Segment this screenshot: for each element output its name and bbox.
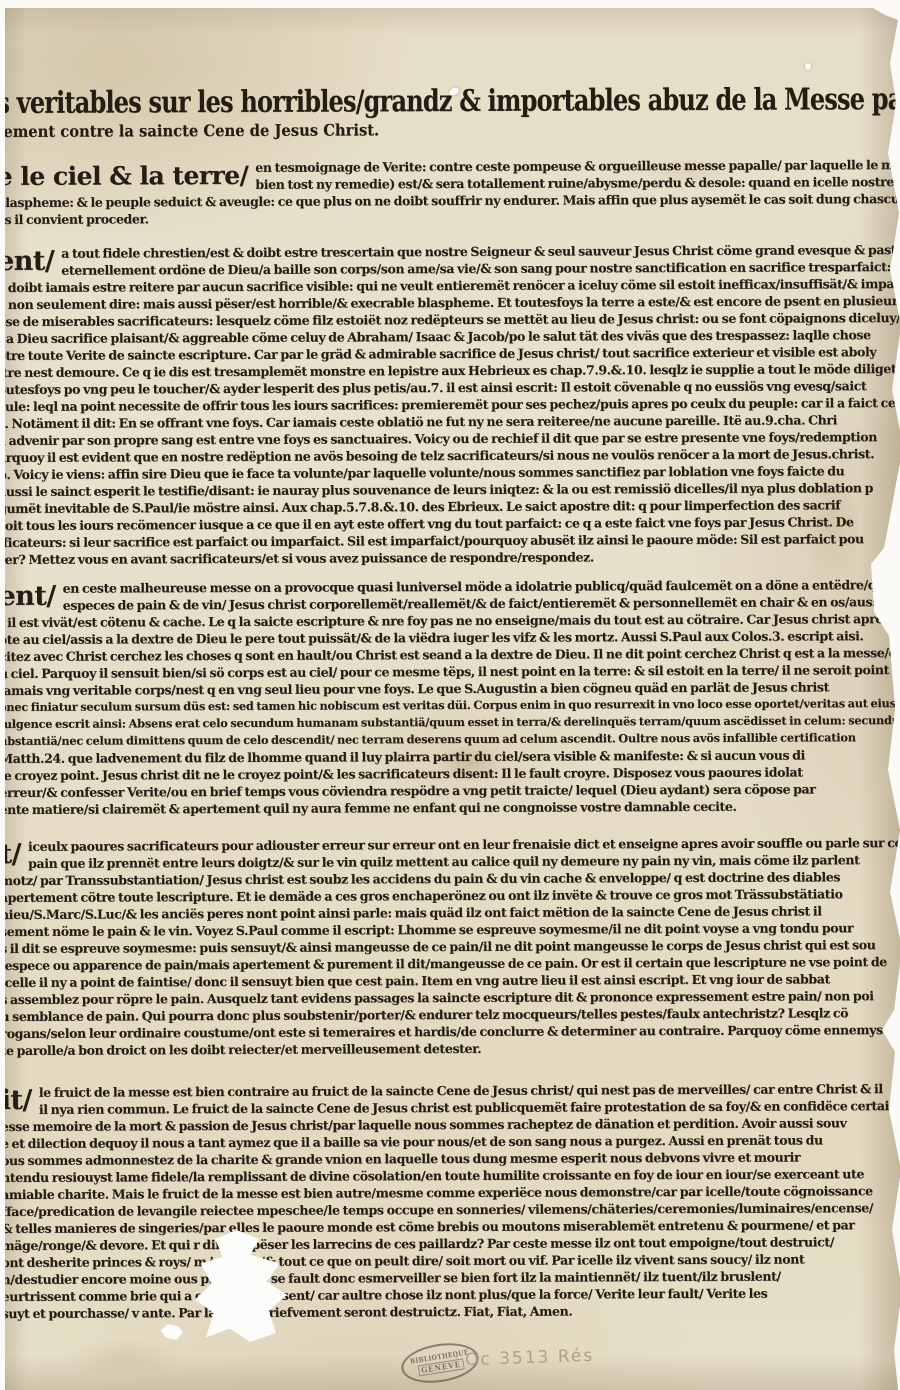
text-line: te parolle/a bon droict on les doibt rei… bbox=[5, 1038, 900, 1059]
text-line: rer? Mettez vous en avant sacrificateurs… bbox=[5, 547, 900, 568]
document-sheet: s veritables sur les horribles/grandz & … bbox=[5, 8, 900, 1390]
article-4-lines: le fruict de la messe est bien contraire… bbox=[5, 1080, 900, 1322]
text-line: suyt et pourchasse/ v ante. Par laquelle… bbox=[5, 1301, 900, 1322]
article-4-lead-word: it/ bbox=[5, 1084, 32, 1118]
article-1-lead-word: ent/ bbox=[5, 245, 54, 279]
intro-paragraph: e le ciel & la terre/ en tesmoignage de … bbox=[5, 156, 900, 228]
paper-stain bbox=[65, 1338, 185, 1378]
worm-hole bbox=[805, 63, 811, 70]
pencil-shelfmark: Oc 3513 Rés bbox=[465, 1346, 595, 1370]
text-line: ente matiere/si clairemët & apertement q… bbox=[5, 797, 900, 818]
article-3-lead-word: t/ bbox=[5, 838, 21, 872]
printed-text-block: s veritables sur les horribles/grandz & … bbox=[5, 82, 900, 1322]
paper-tear-hole-small bbox=[161, 1324, 183, 1340]
intro-lead-word: e le ciel & la terre/ bbox=[5, 159, 248, 194]
document-subtitle: tement contre la saincte Cene de Jesus C… bbox=[5, 118, 900, 142]
article-1-lines: a tout fidele chrestien/est & doibt estr… bbox=[5, 241, 900, 568]
article-1: ent/ a tout fidele chrestien/est & doibt… bbox=[5, 241, 900, 568]
article-2-lead-word: ent/ bbox=[5, 580, 56, 614]
article-3-lines: iceulx paoures sacrificateurs pour adiou… bbox=[5, 834, 900, 1059]
article-4: it/ le fruict de la messe est bien contr… bbox=[5, 1080, 900, 1322]
article-2: ent/ en ceste malheureuse messe on a pro… bbox=[5, 576, 900, 818]
article-2-lines: en ceste malheureuse messe on a provocqu… bbox=[5, 576, 900, 818]
article-3: t/ iceulx paoures sacrificateurs pour ad… bbox=[5, 834, 900, 1059]
text-line: es il convient proceder. bbox=[5, 207, 900, 228]
